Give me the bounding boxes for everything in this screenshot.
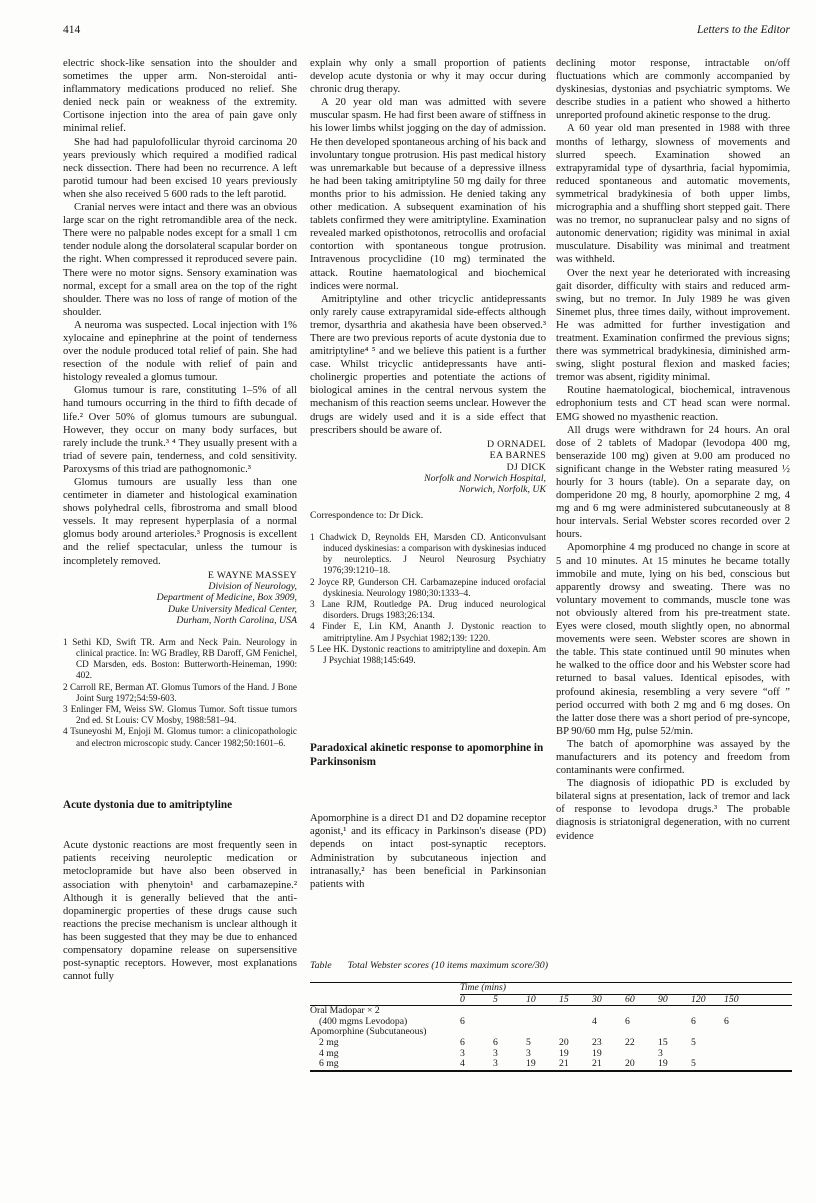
reference-item: 4 Tsuneyoshi M, Enjoji M. Glomus tumor: … — [63, 726, 297, 748]
table-caption-text: Total Webster scores (10 items maximum s… — [348, 960, 548, 971]
reference-item: 5 Lee HK. Dystonic reactions to amitript… — [310, 644, 546, 666]
section-heading-paradoxical-akinetic: Paradoxical akinetic response to apomorp… — [310, 742, 546, 769]
correspondence-note: Correspondence to: Dr Dick. — [310, 509, 546, 522]
affiliation-line: Norwich, Norfolk, UK — [310, 484, 546, 495]
webster-table-grid: Time (mins) 0 5 10 15 30 60 90 120 150 O… — [310, 982, 792, 1072]
references-list: 1 Chadwick D, Reynolds EH, Marsden CD. A… — [310, 532, 546, 666]
letter-paragraph: The batch of apomorphine was assayed by … — [556, 738, 790, 777]
column-2: explain why only a small proportion of p… — [310, 57, 546, 891]
column-1: electric shock-like sensation into the s… — [63, 57, 297, 983]
letter-paragraph: Glomus tumour is rare, constituting 1–5%… — [63, 384, 297, 476]
reference-item: 2 Carroll RE, Berman AT. Glomus Tumors o… — [63, 682, 297, 704]
affiliation-line: Norfolk and Norwich Hospital, — [310, 473, 546, 484]
letter-paragraph: Cranial nerves were intact and there was… — [63, 201, 297, 319]
time-column-header: 10 — [526, 994, 559, 1006]
time-column-header: 90 — [658, 994, 691, 1006]
letter-paragraph: electric shock-like sensation into the s… — [63, 57, 297, 136]
reference-item: 3 Enlinger FM, Weiss SW. Glomus Tumor. S… — [63, 704, 297, 726]
time-column-header: 15 — [559, 994, 592, 1006]
letter-paragraph: Acute dystonic reactions are most freque… — [63, 839, 297, 983]
letter-paragraph: Over the next year he deteriorated with … — [556, 267, 790, 385]
time-column-header: 120 — [691, 994, 724, 1006]
letter-paragraph: explain why only a small proportion of p… — [310, 57, 546, 96]
reference-item: 3 Lane RJM, Routledge PA. Drug induced n… — [310, 599, 546, 621]
letter-paragraph: Glomus tumours are usually less than one… — [63, 476, 297, 568]
author-name: DJ DICK — [310, 462, 546, 473]
letter-paragraph: Apomorphine 4 mg produced no change in s… — [556, 541, 790, 737]
time-axis-label: Time (mins) — [460, 983, 792, 995]
signature-block: E WAYNE MASSEY Division of Neurology, De… — [63, 570, 297, 627]
reference-item: 4 Finder E, Lin KM, Ananth J. Dystonic r… — [310, 621, 546, 643]
journal-page: 414 Letters to the Editor electric shock… — [0, 0, 816, 1203]
time-column-header: 0 — [460, 994, 493, 1006]
table-caption-label: Table — [310, 960, 332, 971]
author-name: D ORNADEL — [310, 439, 546, 450]
letter-paragraph: Apomorphine is a direct D1 and D2 dopami… — [310, 812, 546, 891]
running-title: Letters to the Editor — [697, 24, 790, 36]
letter-paragraph: A neuroma was suspected. Local injection… — [63, 319, 297, 384]
author-name: EA BARNES — [310, 450, 546, 461]
letter-paragraph: A 60 year old man presented in 1988 with… — [556, 122, 790, 266]
table-row: 4 mg 3 3 3 19 19 3 — [310, 1049, 792, 1060]
signature-block: D ORNADEL EA BARNES DJ DICK Norfolk and … — [310, 439, 546, 496]
letter-paragraph: A 20 year old man was admitted with seve… — [310, 96, 546, 292]
reference-item: 2 Joyce RP, Gunderson CH. Carbamazepine … — [310, 577, 546, 599]
reference-item: 1 Chadwick D, Reynolds EH, Marsden CD. A… — [310, 532, 546, 577]
row-label: 2 mg — [310, 1038, 460, 1049]
author-name: E WAYNE MASSEY — [63, 570, 297, 581]
letter-paragraph: Amitriptyline and other tricyclic antide… — [310, 293, 546, 437]
time-column-header: 30 — [592, 994, 625, 1006]
row-label: 6 mg — [310, 1059, 460, 1071]
time-column-header: 60 — [625, 994, 658, 1006]
table-row: 2 mg 6 6 5 20 23 22 15 5 — [310, 1038, 792, 1049]
letter-paragraph: Routine haematological, biochemical, int… — [556, 384, 790, 423]
page-header: 414 Letters to the Editor — [63, 24, 790, 40]
column-3: declining motor response, intractable on… — [556, 57, 790, 843]
page-number: 414 — [63, 24, 80, 36]
table-caption: TableTotal Webster scores (10 items maxi… — [310, 960, 792, 971]
table-row: Apomorphine (Subcutaneous) — [310, 1027, 792, 1038]
table-row: 6 mg 4 3 19 21 21 20 19 5 — [310, 1059, 792, 1071]
time-column-header: 150 — [724, 994, 792, 1006]
section-heading-acute-dystonia: Acute dystonia due to amitriptyline — [63, 799, 297, 813]
reference-item: 1 Sethi KD, Swift TR. Arm and Neck Pain.… — [63, 637, 297, 682]
affiliation-line: Durham, North Carolina, USA — [63, 615, 297, 626]
time-column-header: 5 — [493, 994, 526, 1006]
letter-paragraph: All drugs were withdrawn for 24 hours. A… — [556, 424, 790, 542]
webster-scores-table: TableTotal Webster scores (10 items maxi… — [310, 960, 792, 1072]
affiliation-line: Duke University Medical Center, — [63, 604, 297, 615]
affiliation-line: Department of Medicine, Box 3909, — [63, 592, 297, 603]
affiliation-line: Division of Neurology, — [63, 581, 297, 592]
letter-paragraph: She had had papulofollicular thyroid car… — [63, 136, 297, 201]
letter-paragraph: declining motor response, intractable on… — [556, 57, 790, 122]
letter-paragraph: The diagnosis of idiopathic PD is exclud… — [556, 777, 790, 842]
references-list: 1 Sethi KD, Swift TR. Arm and Neck Pain.… — [63, 637, 297, 749]
